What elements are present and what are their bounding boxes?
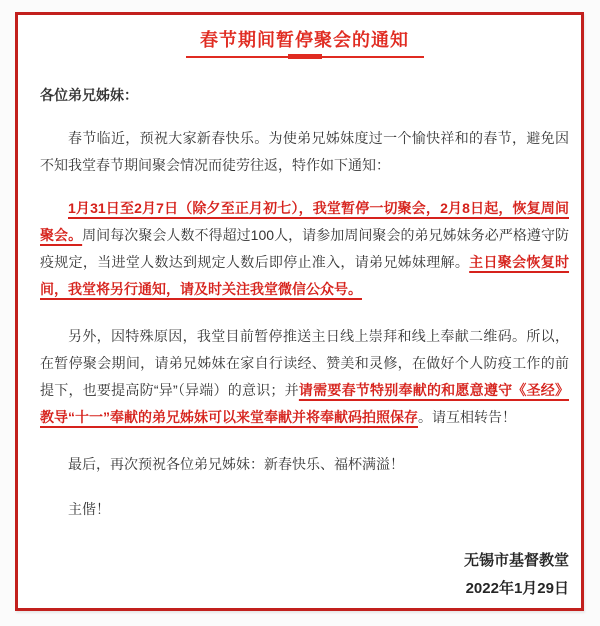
offering-body-text-2: 。请互相转告！ <box>418 409 516 425</box>
notice-title: 春节期间暂停聚会的通知 <box>40 29 569 51</box>
signature-church-name: 无锡市基督教堂 <box>40 547 569 575</box>
paragraph-suspension: 1月31日至2月7日（除夕至正月初七），我堂暂停一切聚会，2月8日起，恢复周间聚… <box>40 195 569 303</box>
paragraph-offering: 另外，因特殊原因，我堂目前暂停推送主日线上崇拜和线上奉献二维码。所以，在暂停聚会… <box>40 323 569 431</box>
paragraph-intro: 春节临近，预祝大家新春快乐。为使弟兄姊妹度过一个愉快祥和的春节，避免因不知我堂春… <box>40 125 569 179</box>
signature-block: 无锡市基督教堂 2022年1月29日 <box>40 547 569 603</box>
paragraph-blessing: 最后，再次预祝各位弟兄姊妹：新春快乐、福杯满溢！ <box>40 451 569 478</box>
notice-document: 春节期间暂停聚会的通知 各位弟兄姊妹： 春节临近，预祝大家新春快乐。为使弟兄姊妹… <box>15 12 584 611</box>
signature-date: 2022年1月29日 <box>40 575 569 603</box>
salutation: 各位弟兄姊妹： <box>40 82 569 109</box>
paragraph-closing: 主偕！ <box>40 496 569 523</box>
title-underline-decoration <box>186 54 424 60</box>
